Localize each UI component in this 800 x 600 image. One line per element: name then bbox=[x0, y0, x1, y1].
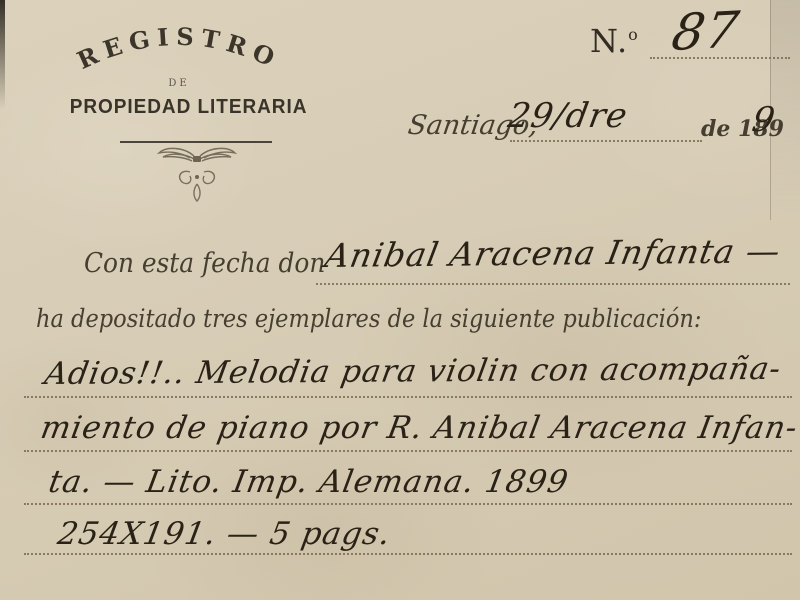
entry-dotted-rule bbox=[24, 553, 792, 555]
intro-printed: Con esta fecha don bbox=[84, 248, 325, 279]
registry-arc-title: REGISTRO bbox=[64, 16, 294, 78]
photo-edge-left bbox=[0, 0, 5, 110]
entry-line: 254X191. — 5 pags. bbox=[55, 516, 394, 552]
deposit-statement: ha depositado tres ejemplares de la sigu… bbox=[36, 304, 701, 333]
registry-card: REGISTRO DE PROPIEDAD LITERARIA N.o 87 S… bbox=[0, 0, 800, 600]
number-sup-o: o bbox=[628, 25, 639, 44]
depositor-dotted-rule bbox=[316, 283, 790, 285]
entry-dotted-rule bbox=[24, 396, 792, 398]
svg-text:REGISTRO: REGISTRO bbox=[73, 22, 286, 75]
form-number-value: 87 bbox=[668, 1, 744, 62]
form-number-label: N.o bbox=[590, 22, 639, 60]
depositor-name-handwritten: Anibal Aracena Infanta — bbox=[322, 231, 784, 275]
registry-de-label: DE bbox=[64, 78, 294, 89]
number-n: N. bbox=[590, 22, 628, 60]
entry-dotted-rule bbox=[24, 503, 792, 505]
entry-line: ta. — Lito. Imp. Alemana. 1899 bbox=[46, 464, 571, 500]
entry-line: miento de piano por R. Anibal Aracena In… bbox=[38, 410, 800, 446]
entry-line: Adios!!.. Melodia para violin con acompa… bbox=[42, 351, 784, 392]
date-dotted-rule bbox=[510, 140, 702, 142]
registry-subtitle: PROPIEDAD LITERARIA bbox=[70, 96, 289, 119]
header-rule bbox=[120, 141, 272, 143]
date-day-month-handwritten: 29/dre bbox=[505, 96, 631, 136]
entry-dotted-rule bbox=[24, 450, 792, 452]
winged-ornament-icon bbox=[152, 144, 242, 208]
registry-arc-text: REGISTRO bbox=[73, 22, 286, 75]
